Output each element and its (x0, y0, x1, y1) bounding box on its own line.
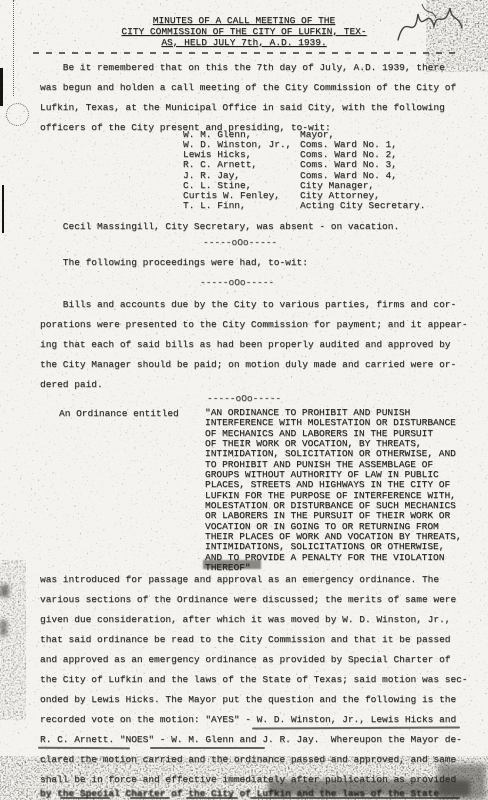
opening-paragraph: Be it remembered that on this the 7th da… (40, 58, 456, 138)
officer-title: Acting City Secretary. (300, 201, 425, 211)
officer-row: T. L. Finn, Acting City Secretary. (183, 201, 425, 211)
hand-underline (60, 797, 110, 799)
section-separator: -----oOo----- (200, 277, 274, 288)
document-title: MINUTES OF A CALL MEETING OF THE CITY CO… (0, 16, 488, 48)
hand-underline (186, 797, 238, 799)
scan-edge-mark (0, 68, 3, 106)
ordinance-title-block: "AN ORDINANCE TO PROHIBIT AND PUNISH INT… (205, 408, 462, 574)
ink-smudge (0, 620, 7, 636)
dashed-divider (33, 52, 461, 54)
ordinance-intro: An Ordinance entitled (59, 408, 179, 419)
scanned-document-page: MINUTES OF A CALL MEETING OF THE CITY CO… (0, 0, 488, 800)
binding-edge-dotted-line (13, 0, 14, 96)
section-separator: -----oOo----- (203, 237, 277, 248)
officers-list: W. M. Glenn, Mayor, W. D. Winston, Jr., … (183, 130, 425, 211)
scan-edge-mark (2, 185, 4, 233)
ink-smudge (0, 585, 9, 597)
proceedings-line: The following proceedings were had, to-w… (40, 257, 308, 268)
bills-paragraph: Bills and accounts due by the City to va… (40, 295, 468, 395)
hand-underline (150, 747, 265, 749)
hand-underline (250, 797, 460, 799)
officer-name: T. L. Finn, (183, 201, 300, 211)
binder-hole-mark (4, 101, 31, 128)
passage-paragraph: was introduced for passage and approval … (40, 570, 468, 790)
absent-note: Cecil Massingill, City Secretary, was ab… (40, 221, 399, 232)
hand-underline (130, 797, 170, 799)
section-separator: -----oOo----- (207, 393, 281, 404)
